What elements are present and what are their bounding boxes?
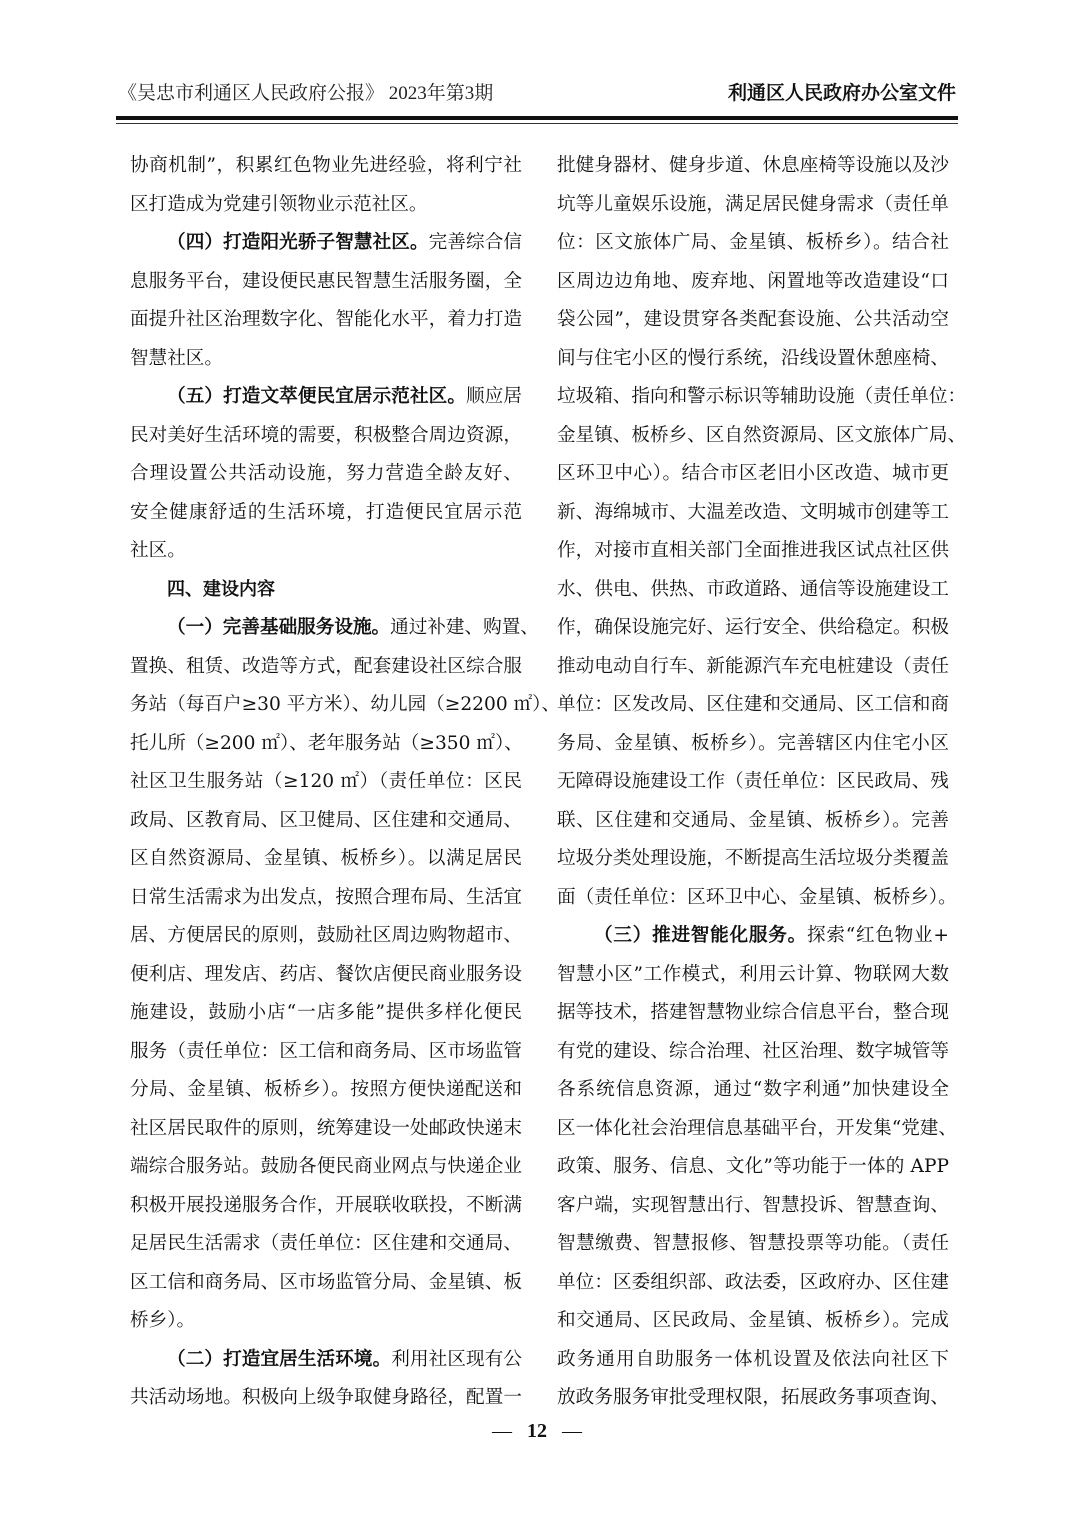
- text-line: 单位：区发改局、区住建和交通局、区工信和商: [557, 686, 949, 725]
- text-line: 水、供电、供热、市政道路、通信等设施建设工: [557, 571, 949, 610]
- text-line: 政策、服务、信息、文化”等功能于一体的 APP: [557, 1148, 949, 1187]
- body-text: 区周边边角地、废弃地、闲置地等改造建设“口: [557, 271, 949, 292]
- text-line: 息服务平台，建设便民惠民智慧生活服务圈，全: [130, 263, 522, 302]
- body-text: 息服务平台，建设便民惠民智慧生活服务圈，全: [130, 271, 522, 292]
- body-text: 置换、租赁、改造等方式，配套建设社区综合服: [130, 656, 522, 677]
- body-text: 安全健康舒适的生活环境，打造便民宜居示范: [130, 502, 522, 523]
- text-line: 社区居民取件的原则，统筹建设一处邮政快递末: [130, 1110, 522, 1149]
- text-line: 四、建设内容: [130, 571, 522, 610]
- text-line: 区周边边角地、废弃地、闲置地等改造建设“口: [557, 263, 949, 302]
- body-text: 探索“红色物业+: [807, 925, 949, 946]
- body-text: 和交通局、区民政局、金星镇、板桥乡）。完成: [557, 1310, 949, 1331]
- body-text: 面（责任单位：区环卫中心、金星镇、板桥乡）。: [557, 887, 957, 908]
- subsection-heading: （二）打造宜居生活环境。: [167, 1349, 391, 1370]
- body-text: 区环卫中心）。结合市区老旧小区改造、城市更: [557, 463, 949, 484]
- right-column: 批健身器材、健身步道、休息座椅等设施以及沙坑等儿童娱乐设施，满足居民健身需求（责…: [557, 147, 949, 1418]
- text-line: 协商机制”，积累红色物业先进经验，将利宁社: [130, 147, 522, 186]
- body-text: 合理设置公共活动设施，努力营造全龄友好、: [130, 463, 522, 484]
- body-text: 间与住宅小区的慢行系统，沿线设置休憩座椅、: [557, 348, 949, 369]
- body-text: 坑等儿童娱乐设施，满足居民健身需求（责任单: [557, 194, 949, 215]
- text-line: 区自然资源局、金星镇、板桥乡）。以满足居民: [130, 840, 522, 879]
- body-text: 智慧小区”工作模式，利用云计算、物联网大数: [557, 964, 949, 985]
- body-text: 社区居民取件的原则，统筹建设一处邮政快递末: [130, 1118, 522, 1139]
- text-line: 日常生活需求为出发点，按照合理布局、生活宜: [130, 879, 522, 918]
- body-text: 社区。: [130, 540, 186, 561]
- text-line: （三）推进智能化服务。探索“红色物业+: [557, 917, 949, 956]
- text-line: 推动电动自行车、新能源汽车充电桩建设（责任: [557, 648, 949, 687]
- text-line: 区打造成为党建引领物业示范社区。: [130, 186, 522, 225]
- body-text: 完善综合信: [429, 232, 522, 253]
- body-text: 单位：区发改局、区住建和交通局、区工信和商: [557, 694, 949, 715]
- text-line: 新、海绵城市、大温差改造、文明城市创建等工: [557, 494, 949, 533]
- text-line: 足居民生活需求（责任单位：区住建和交通局、: [130, 1225, 522, 1264]
- body-text: 客户端，实现智慧出行、智慧投诉、智慧查询、: [557, 1195, 949, 1216]
- body-text: 金星镇、板桥乡、区自然资源局、区文旅体广局、: [557, 425, 966, 446]
- body-text: 务局、金星镇、板桥乡）。完善辖区内住宅小区: [557, 733, 949, 754]
- footer-dash-right: —: [562, 1420, 582, 1442]
- text-line: 无障碍设施建设工作（责任单位：区民政局、残: [557, 763, 949, 802]
- text-line: 垃圾分类处理设施，不断提高生活垃圾分类覆盖: [557, 840, 949, 879]
- text-line: 批健身器材、健身步道、休息座椅等设施以及沙: [557, 147, 949, 186]
- text-line: 共活动场地。积极向上级争取健身路径，配置一: [130, 1379, 522, 1418]
- body-text: 托儿所（≥200 ㎡）、老年服务站（≥350 ㎡）、: [130, 733, 523, 754]
- body-text: 作，确保设施完好、运行安全、供给稳定。积极: [557, 617, 949, 638]
- text-line: 坑等儿童娱乐设施，满足居民健身需求（责任单: [557, 186, 949, 225]
- body-text: 智慧社区。: [130, 348, 223, 369]
- text-line: （五）打造文萃便民宜居示范社区。顺应居: [130, 378, 522, 417]
- text-line: 便利店、理发店、药店、餐饮店便民商业服务设: [130, 956, 522, 995]
- body-text: 社区卫生服务站（≥120 ㎡）（责任单位：区民: [130, 771, 522, 792]
- body-text: 足居民生活需求（责任单位：区住建和交通局、: [130, 1233, 522, 1254]
- text-line: 区一体化社会治理信息基础平台，开发集“党建、: [557, 1110, 949, 1149]
- text-line: 托儿所（≥200 ㎡）、老年服务站（≥350 ㎡）、: [130, 725, 522, 764]
- body-text: 面提升社区治理数字化、智能化水平，着力打造: [130, 309, 522, 330]
- text-line: 置换、租赁、改造等方式，配套建设社区综合服: [130, 648, 522, 687]
- body-text: 位：区文旅体广局、金星镇、板桥乡）。结合社: [557, 232, 949, 253]
- body-text: 区工信和商务局、区市场监管分局、金星镇、板: [130, 1272, 522, 1293]
- body-text: 民对美好生活环境的需要，积极整合周边资源，: [130, 425, 522, 446]
- footer-dash-left: —: [492, 1420, 512, 1442]
- body-text: 区自然资源局、金星镇、板桥乡）。以满足居民: [130, 848, 522, 869]
- text-line: 政局、区教育局、区卫健局、区住建和交通局、: [130, 802, 522, 841]
- body-text: 服务（责任单位：区工信和商务局、区市场监管: [130, 1041, 522, 1062]
- body-text: 顺应居: [466, 386, 522, 407]
- body-text: 放政务服务审批受理权限，拓展政务事项查询、: [557, 1387, 949, 1408]
- text-line: 服务（责任单位：区工信和商务局、区市场监管: [130, 1033, 522, 1072]
- publication-title: 《吴忠市利通区人民政府公报》 2023年第3期: [118, 78, 493, 105]
- section-heading: 四、建设内容: [167, 579, 275, 600]
- text-line: 联、区住建和交通局、金星镇、板桥乡）。完善: [557, 802, 949, 841]
- body-text: 利用社区现有公: [391, 1349, 522, 1370]
- subsection-heading: （四）打造阳光骄子智慧社区。: [167, 232, 429, 253]
- text-line: 各系统信息资源，通过“数字利通”加快建设全: [557, 1071, 949, 1110]
- body-text: 日常生活需求为出发点，按照合理布局、生活宜: [130, 887, 522, 908]
- text-line: 务局、金星镇、板桥乡）。完善辖区内住宅小区: [557, 725, 949, 764]
- body-text: 推动电动自行车、新能源汽车充电桩建设（责任: [557, 656, 949, 677]
- text-line: 桥乡）。: [130, 1302, 522, 1341]
- body-text: 批健身器材、健身步道、休息座椅等设施以及沙: [557, 155, 949, 176]
- body-text: 居、方便居民的原则，鼓励社区周边购物超市、: [130, 925, 522, 946]
- body-text: 端综合服务站。鼓励各便民商业网点与快递企业: [130, 1156, 522, 1177]
- body-text: 单位：区委组织部、政法委，区政府办、区住建: [557, 1272, 949, 1293]
- text-line: 社区卫生服务站（≥120 ㎡）（责任单位：区民: [130, 763, 522, 802]
- issuer-label: 利通区人民政府办公室文件: [728, 78, 956, 105]
- text-line: 作，对接市直相关部门全面推进我区试点社区供: [557, 532, 949, 571]
- body-text: 区一体化社会治理信息基础平台，开发集“党建、: [557, 1118, 957, 1139]
- text-line: 面提升社区治理数字化、智能化水平，着力打造: [130, 301, 522, 340]
- left-column: 协商机制”，积累红色物业先进经验，将利宁社区打造成为党建引领物业示范社区。（四）…: [130, 147, 522, 1418]
- body-text: 施建设，鼓励小店“一店多能”提供多样化便民: [130, 1002, 522, 1023]
- body-text: 便利店、理发店、药店、餐饮店便民商业服务设: [130, 964, 522, 985]
- subsection-heading: （五）打造文萃便民宜居示范社区。: [167, 386, 466, 407]
- body-text: 政务通用自助服务一体机设置及依法向社区下: [557, 1349, 949, 1370]
- body-text: 新、海绵城市、大温差改造、文明城市创建等工: [557, 502, 949, 523]
- text-line: 施建设，鼓励小店“一店多能”提供多样化便民: [130, 994, 522, 1033]
- body-text: 政策、服务、信息、文化”等功能于一体的 APP: [557, 1156, 949, 1177]
- text-line: 和交通局、区民政局、金星镇、板桥乡）。完成: [557, 1302, 949, 1341]
- body-text: 协商机制”，积累红色物业先进经验，将利宁社: [130, 155, 522, 176]
- page-number: 12: [527, 1420, 547, 1442]
- text-line: 袋公园”，建设贯穿各类配套设施、公共活动空: [557, 301, 949, 340]
- text-line: （一）完善基础服务设施。通过补建、购置、: [130, 609, 522, 648]
- text-line: 作，确保设施完好、运行安全、供给稳定。积极: [557, 609, 949, 648]
- body-text: 通过补建、购置、: [390, 617, 539, 638]
- text-line: 居、方便居民的原则，鼓励社区周边购物超市、: [130, 917, 522, 956]
- text-line: （二）打造宜居生活环境。利用社区现有公: [130, 1341, 522, 1380]
- subsection-heading: （三）推进智能化服务。: [594, 925, 807, 946]
- text-line: 智慧小区”工作模式，利用云计算、物联网大数: [557, 956, 949, 995]
- text-line: 有党的建设、综合治理、社区治理、数字城管等: [557, 1033, 949, 1072]
- body-text: 据等技术，搭建智慧物业综合信息平台，整合现: [557, 1002, 949, 1023]
- text-line: 分局、金星镇、板桥乡）。按照方便快递配送和: [130, 1071, 522, 1110]
- text-line: 区工信和商务局、区市场监管分局、金星镇、板: [130, 1264, 522, 1303]
- text-line: 民对美好生活环境的需要，积极整合周边资源，: [130, 417, 522, 456]
- text-line: 合理设置公共活动设施，努力营造全龄友好、: [130, 455, 522, 494]
- body-text: 务站（每百户≥30 平方米）、幼儿园（≥2200 ㎡）、: [130, 694, 560, 715]
- body-text: 有党的建设、综合治理、社区治理、数字城管等: [557, 1041, 949, 1062]
- text-line: 务站（每百户≥30 平方米）、幼儿园（≥2200 ㎡）、: [130, 686, 522, 725]
- body-text: 共活动场地。积极向上级争取健身路径，配置一: [130, 1387, 522, 1408]
- text-line: 安全健康舒适的生活环境，打造便民宜居示范: [130, 494, 522, 533]
- body-text: 作，对接市直相关部门全面推进我区试点社区供: [557, 540, 949, 561]
- body-text: 智慧缴费、智慧报修、智慧投票等功能。（责任: [557, 1233, 949, 1254]
- body-text: 袋公园”，建设贯穿各类配套设施、公共活动空: [557, 309, 949, 330]
- body-text: 分局、金星镇、板桥乡）。按照方便快递配送和: [130, 1079, 522, 1100]
- text-line: 智慧缴费、智慧报修、智慧投票等功能。（责任: [557, 1225, 949, 1264]
- body-text: 积极开展投递服务合作，开展联收联投，不断满: [130, 1195, 522, 1216]
- body-text: 桥乡）。: [130, 1310, 195, 1331]
- text-line: 社区。: [130, 532, 522, 571]
- body-text: 联、区住建和交通局、金星镇、板桥乡）。完善: [557, 810, 949, 831]
- body-text: 垃圾箱、指向和警示标识等辅助设施（责任单位：: [557, 386, 966, 407]
- text-line: 据等技术，搭建智慧物业综合信息平台，整合现: [557, 994, 949, 1033]
- header-rule-thin: [116, 123, 958, 124]
- text-line: 区环卫中心）。结合市区老旧小区改造、城市更: [557, 455, 949, 494]
- body-text: 区打造成为党建引领物业示范社区。: [130, 194, 428, 215]
- text-line: 政务通用自助服务一体机设置及依法向社区下: [557, 1341, 949, 1380]
- text-line: 单位：区委组织部、政法委，区政府办、区住建: [557, 1264, 949, 1303]
- text-line: 积极开展投递服务合作，开展联收联投，不断满: [130, 1187, 522, 1226]
- text-line: 放政务服务审批受理权限，拓展政务事项查询、: [557, 1379, 949, 1418]
- page-header: 《吴忠市利通区人民政府公报》 2023年第3期 利通区人民政府办公室文件: [118, 72, 956, 112]
- text-line: 智慧社区。: [130, 340, 522, 379]
- header-rule-thick: [116, 116, 958, 120]
- body-text: 水、供电、供热、市政道路、通信等设施建设工: [557, 579, 949, 600]
- text-line: 间与住宅小区的慢行系统，沿线设置休憩座椅、: [557, 340, 949, 379]
- page-footer: — 12 —: [0, 1420, 1074, 1443]
- body-text: 各系统信息资源，通过“数字利通”加快建设全: [557, 1079, 949, 1100]
- text-line: 端综合服务站。鼓励各便民商业网点与快递企业: [130, 1148, 522, 1187]
- text-line: 垃圾箱、指向和警示标识等辅助设施（责任单位：: [557, 378, 949, 417]
- text-line: 客户端，实现智慧出行、智慧投诉、智慧查询、: [557, 1187, 949, 1226]
- body-text: 垃圾分类处理设施，不断提高生活垃圾分类覆盖: [557, 848, 949, 869]
- body-text: 政局、区教育局、区卫健局、区住建和交通局、: [130, 810, 522, 831]
- text-line: （四）打造阳光骄子智慧社区。完善综合信: [130, 224, 522, 263]
- text-line: 金星镇、板桥乡、区自然资源局、区文旅体广局、: [557, 417, 949, 456]
- text-line: 面（责任单位：区环卫中心、金星镇、板桥乡）。: [557, 879, 949, 918]
- text-line: 位：区文旅体广局、金星镇、板桥乡）。结合社: [557, 224, 949, 263]
- body-text: 无障碍设施建设工作（责任单位：区民政局、残: [557, 771, 949, 792]
- subsection-heading: （一）完善基础服务设施。: [167, 617, 390, 638]
